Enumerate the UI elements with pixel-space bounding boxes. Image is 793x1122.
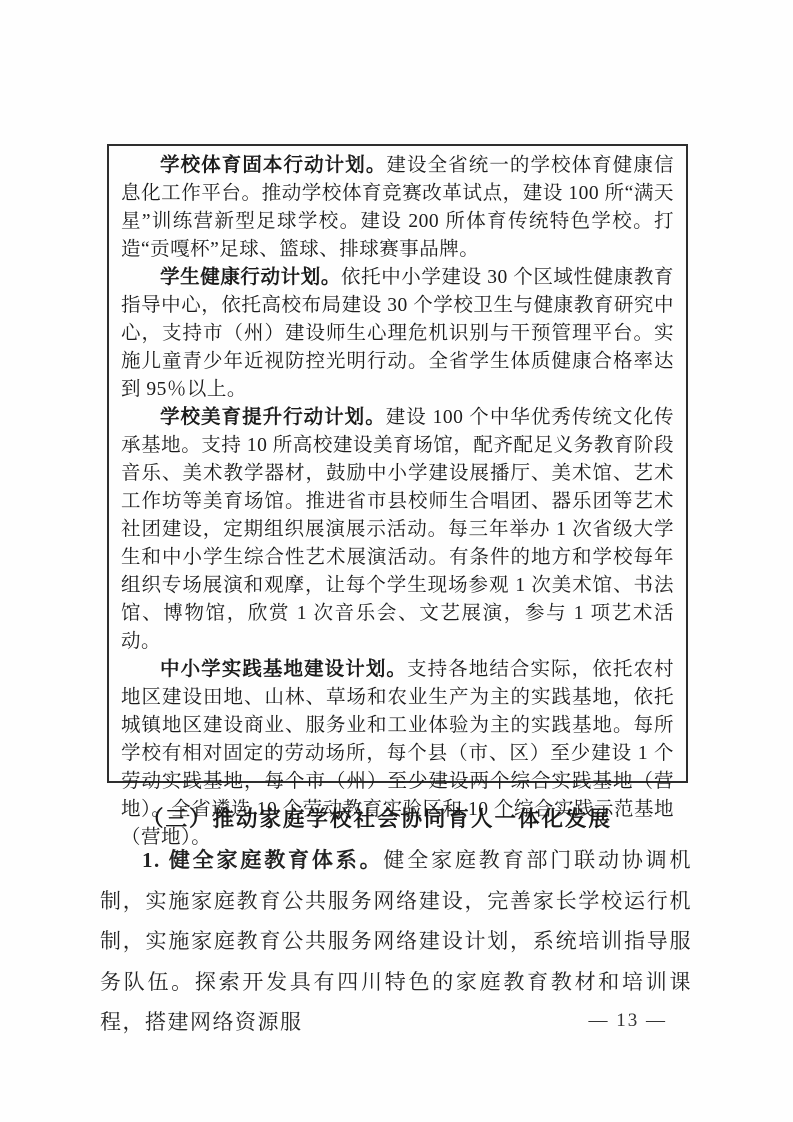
box-paragraph-health: 学生健康行动计划。依托中小学建设 30 个区域性健康教育指导中心，依托高校布局建… bbox=[121, 264, 674, 404]
paragraph-body: 健全家庭教育部门联动协调机制，实施家庭教育公共服务网络建设，完善家长学校运行机制… bbox=[100, 848, 692, 1034]
paragraph-lead: 1. 健全家庭教育体系。 bbox=[142, 848, 383, 872]
box-paragraph-sports: 学校体育固本行动计划。建设全省统一的学校体育健康信息化工作平台。推动学校体育竞赛… bbox=[121, 152, 674, 264]
document-page: 学校体育固本行动计划。建设全省统一的学校体育健康信息化工作平台。推动学校体育竞赛… bbox=[0, 0, 793, 1122]
paragraph-lead: 中小学实践基地建设计划。 bbox=[160, 659, 407, 680]
paragraph-lead: 学生健康行动计划。 bbox=[160, 267, 341, 288]
section-heading: （三）推动家庭学校社会协同育人一体化发展 bbox=[142, 802, 692, 833]
paragraph-lead: 学校体育固本行动计划。 bbox=[160, 155, 386, 176]
action-plans-box: 学校体育固本行动计划。建设全省统一的学校体育健康信息化工作平台。推动学校体育竞赛… bbox=[107, 144, 688, 783]
paragraph-body: 建设 100 个中华优秀传统文化传承基地。支持 10 所高校建设美育场馆，配齐配… bbox=[121, 407, 674, 652]
page-number: — 13 — bbox=[589, 1010, 668, 1032]
box-paragraph-aesthetics: 学校美育提升行动计划。建设 100 个中华优秀传统文化传承基地。支持 10 所高… bbox=[121, 404, 674, 656]
paragraph-lead: 学校美育提升行动计划。 bbox=[160, 407, 386, 428]
